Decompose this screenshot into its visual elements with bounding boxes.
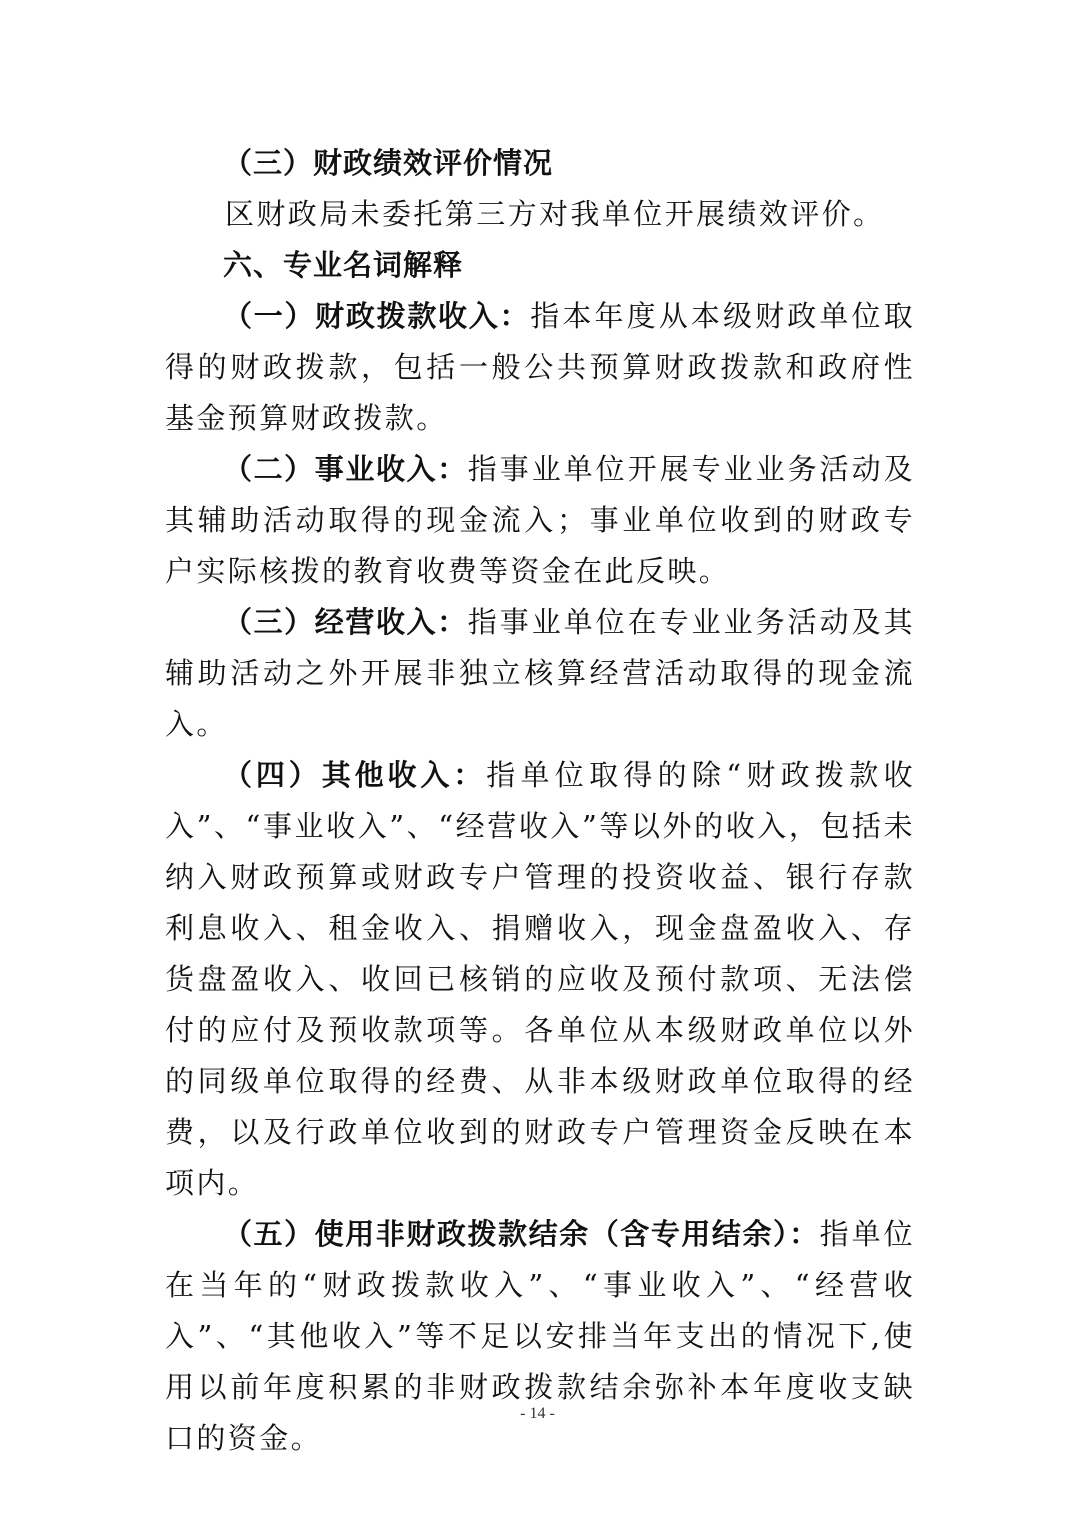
section-heading: （三）财政绩效评价情况 (165, 138, 915, 189)
page-number: - 14 - (0, 1405, 1075, 1423)
definition-text: 指单位取得的除“财政拨款收入”、“事业收入”、“经营收入”等以外的收入，包括未纳… (165, 758, 915, 1200)
definition-other-income: （四）其他收入：指单位取得的除“财政拨款收入”、“事业收入”、“经营收入”等以外… (165, 750, 915, 1209)
definition-business-income: （三）经营收入：指事业单位在专业业务活动及其辅助活动之外开展非独立核算经营活动取… (165, 597, 915, 750)
definition-term: （一）财政拨款收入： (223, 299, 530, 333)
definition-term: （四）其他收入： (223, 758, 486, 792)
section-body: 区财政局未委托第三方对我单位开展绩效评价。 (165, 189, 915, 240)
definition-term: （三）经营收入： (223, 605, 468, 639)
definition-operational-income: （二）事业收入：指事业单位开展专业业务活动及其辅助活动取得的现金流入；事业单位收… (165, 444, 915, 597)
definition-term: （五）使用非财政拨款结余（含专用结余）： (223, 1217, 820, 1251)
definition-term: （二）事业收入： (223, 452, 468, 486)
definition-fiscal-appropriation: （一）财政拨款收入：指本年度从本级财政单位取得的财政拨款，包括一般公共预算财政拨… (165, 291, 915, 444)
document-page: （三）财政绩效评价情况 区财政局未委托第三方对我单位开展绩效评价。 六、专业名词… (165, 138, 915, 1464)
chapter-heading: 六、专业名词解释 (165, 240, 915, 291)
definition-non-fiscal-balance: （五）使用非财政拨款结余（含专用结余）：指单位在当年的“财政拨款收入”、“事业收… (165, 1209, 915, 1464)
